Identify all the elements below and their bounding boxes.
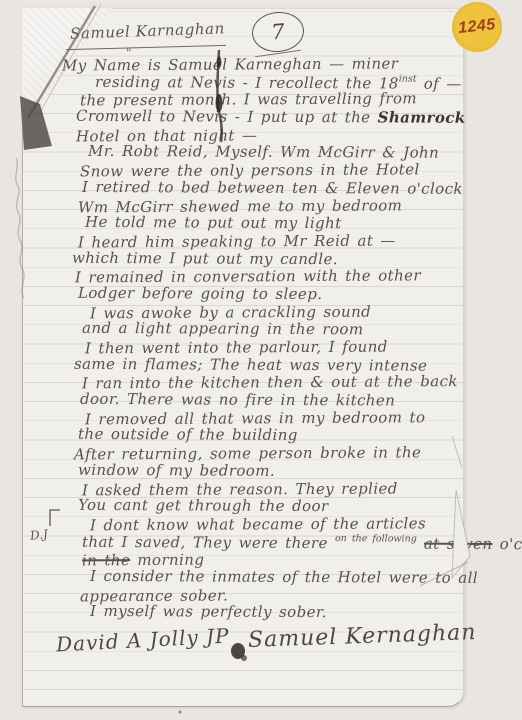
scanned-document-view: Samuel Karnaghan " 7 1245 My Name is Sam… — [0, 0, 522, 720]
manuscript-text: inst — [399, 73, 417, 84]
manuscript-line: I myself was perfectly sober. — [58, 602, 522, 622]
manuscript-text: door. There was no fire in the kitchen — [80, 390, 395, 410]
manuscript-text: that I saved, They were there — [82, 532, 335, 551]
manuscript-text: and a light appearing in the room — [82, 319, 364, 338]
manuscript-text: which time I put out my candle. — [72, 248, 338, 267]
manuscript-text: window of my bedroom. — [78, 461, 275, 480]
manuscript-text: Cromwell to Nevis - I put up at the — [76, 107, 378, 127]
manuscript-text: He told me to put out my light — [85, 213, 342, 232]
manuscript-line: Cromwell to Nevis - I put up at the Sham… — [58, 107, 522, 127]
page-number: 7 — [270, 19, 285, 44]
manuscript-line: I dont know what became of the articles — [58, 513, 522, 534]
manuscript-line: window of my bedroom. — [58, 461, 522, 481]
manuscript-text: I consider the inmates of the Hotel were… — [90, 567, 478, 587]
manuscript-line: I retired to bed between ten & Eleven o'… — [58, 178, 522, 198]
marginal-initials: D.J — [29, 527, 48, 543]
speck — [179, 711, 182, 714]
manuscript-text: Lodger before going to sleep. — [78, 284, 322, 303]
testimony-text: My Name is Samuel Karneghan — minerresid… — [58, 55, 522, 621]
manuscript-text: I myself was perfectly sober. — [90, 602, 327, 621]
manuscript-line: door. There was no fire in the kitchen — [58, 390, 522, 410]
manuscript-text: I retired to bed between ten & Eleven o'… — [82, 178, 463, 198]
manuscript-text: same in flames; The heat was very intens… — [74, 354, 427, 374]
manuscript-text: Mr. Robt Reid, Myself. Wm McGirr & John — [88, 142, 439, 162]
manuscript-text: You cant get through the door — [78, 496, 329, 515]
archive-number: 1245 — [457, 16, 496, 38]
manuscript-line: I heard him speaking to Mr Reid at — — [58, 230, 522, 251]
manuscript-text: on the following — [335, 533, 417, 544]
manuscript-line: I consider the inmates of the Hotel were… — [58, 567, 522, 587]
manuscript-line: Lodger before going to sleep. — [58, 284, 522, 304]
manuscript-text: the outside of the building — [78, 425, 298, 444]
